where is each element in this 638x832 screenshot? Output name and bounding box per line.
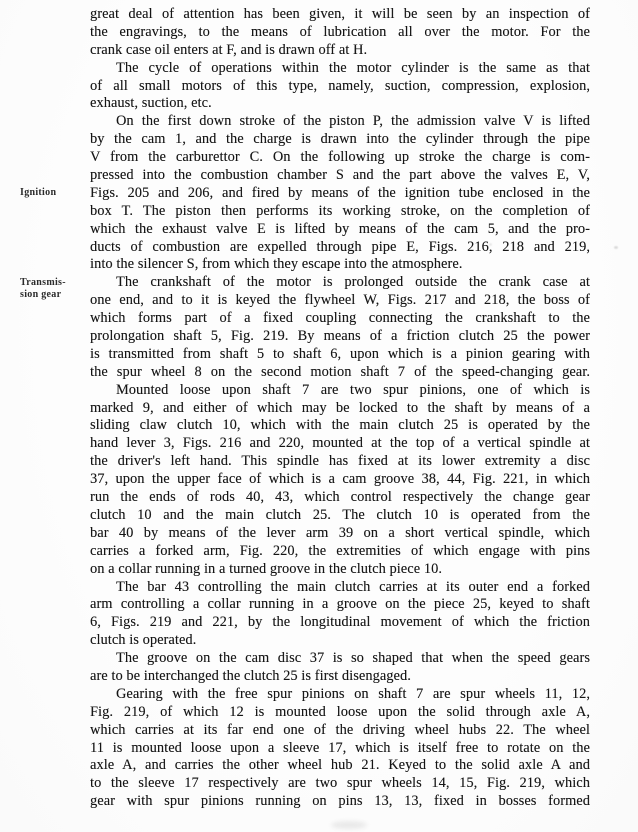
text-line: Mounted loose upon shaft 7 are two spur … (90, 382, 590, 400)
text-line: The bar 43 controlling the main clutch c… (90, 579, 590, 597)
text-line: on a collar running in a turned groove i… (90, 561, 590, 579)
paragraph: On the first down stroke of the piston P… (90, 113, 590, 274)
text-line: 37, upon the upper face of which is a ca… (90, 471, 590, 489)
text-line: the spur wheel 8 on the second motion sh… (90, 364, 590, 382)
text-line: Fig. 219, of which 12 is mounted loose u… (90, 704, 590, 722)
margin-note-line: sion gear (20, 289, 92, 301)
text-line: axle A, and carries the other wheel hub … (90, 757, 590, 775)
text-line: are to be interchanged the clutch 25 is … (90, 668, 590, 686)
text-line: exhaust, suction, etc. (90, 95, 590, 113)
text-line: by the cam 1, and the charge is drawn in… (90, 131, 590, 149)
text-line: which carries at its far end one of the … (90, 722, 590, 740)
text-line: ducts of combustion are expelled through… (90, 239, 590, 257)
text-line: gear with spur pinions running on pins 1… (90, 793, 590, 811)
margin-note: Transmis-sion gear (20, 277, 92, 300)
text-line: On the first down stroke of the piston P… (90, 113, 590, 131)
text-line: Figs. 205 and 206, and fired by means of… (90, 185, 590, 203)
text-line: prolongation shaft 5, Fig. 219. By means… (90, 328, 590, 346)
text-line: into the silencer S, from which they esc… (90, 256, 590, 274)
text-line: box T. The piston then performs its work… (90, 203, 590, 221)
text-line: pressed into the combustion chamber S an… (90, 167, 590, 185)
text-line: carries a forked arm, Fig. 220, the extr… (90, 543, 590, 561)
text-line: hand lever 3, Figs. 216 and 220, mounted… (90, 435, 590, 453)
text-line: of all small motors of this type, namely… (90, 78, 590, 96)
text-line: crank case oil enters at F, and is drawn… (90, 42, 590, 60)
paragraph: The bar 43 controlling the main clutch c… (90, 579, 590, 651)
scan-speck (489, 243, 492, 246)
text-line: bar 40 by means of the lever arm 39 on a… (90, 525, 590, 543)
paragraph: The groove on the cam disc 37 is so shap… (90, 650, 590, 686)
paragraph: Mounted loose upon shaft 7 are two spur … (90, 382, 590, 579)
text-line: The crankshaft of the motor is prolonged… (90, 274, 590, 292)
scan-speck (614, 246, 618, 249)
text-line: is transmitted from shaft 5 to shaft 6, … (90, 346, 590, 364)
text-line: 11 is mounted loose upon a sleeve 17, wh… (90, 740, 590, 758)
text-line: the driver's left hand. This spindle has… (90, 453, 590, 471)
text-line: clutch is operated. (90, 632, 590, 650)
text-line: marked 9, and either of which may be loc… (90, 400, 590, 418)
body-text: great deal of attention has been given, … (90, 6, 590, 811)
text-line: to the sleeve 17 respectively are two sp… (90, 775, 590, 793)
margin-note: Ignition (20, 187, 92, 199)
text-line: clutch 10 and the main clutch 25. The cl… (90, 507, 590, 525)
text-line: The groove on the cam disc 37 is so shap… (90, 650, 590, 668)
text-line: great deal of attention has been given, … (90, 6, 590, 24)
paragraph: The crankshaft of the motor is prolonged… (90, 274, 590, 381)
text-line: sliding claw clutch 10, which with the m… (90, 417, 590, 435)
text-line: V from the carburettor C. On the followi… (90, 149, 590, 167)
text-line: Gearing with the free spur pinions on sh… (90, 686, 590, 704)
margin-note-line: Ignition (20, 187, 92, 199)
text-line: run the ends of rods 40, 43, which contr… (90, 489, 590, 507)
text-line: arm controlling a collar running in a gr… (90, 596, 590, 614)
text-line: which forms part of a fixed coupling con… (90, 310, 590, 328)
text-line: which the exhaust valve E is lifted by m… (90, 221, 590, 239)
page-number-smudge (331, 821, 367, 829)
book-page-scan: IgnitionTransmis-sion gear great deal of… (0, 0, 638, 832)
paragraph: Gearing with the free spur pinions on sh… (90, 686, 590, 811)
paragraph: The cycle of operations within the motor… (90, 60, 590, 114)
text-line: 6, Figs. 219 and 221, by the longitudina… (90, 614, 590, 632)
paragraph: great deal of attention has been given, … (90, 6, 590, 60)
margin-notes: IgnitionTransmis-sion gear (0, 0, 90, 832)
text-line: the engravings, to the means of lubricat… (90, 24, 590, 42)
text-line: The cycle of operations within the motor… (90, 60, 590, 78)
margin-note-line: Transmis- (20, 277, 92, 289)
text-line: one end, and to it is keyed the flywheel… (90, 292, 590, 310)
